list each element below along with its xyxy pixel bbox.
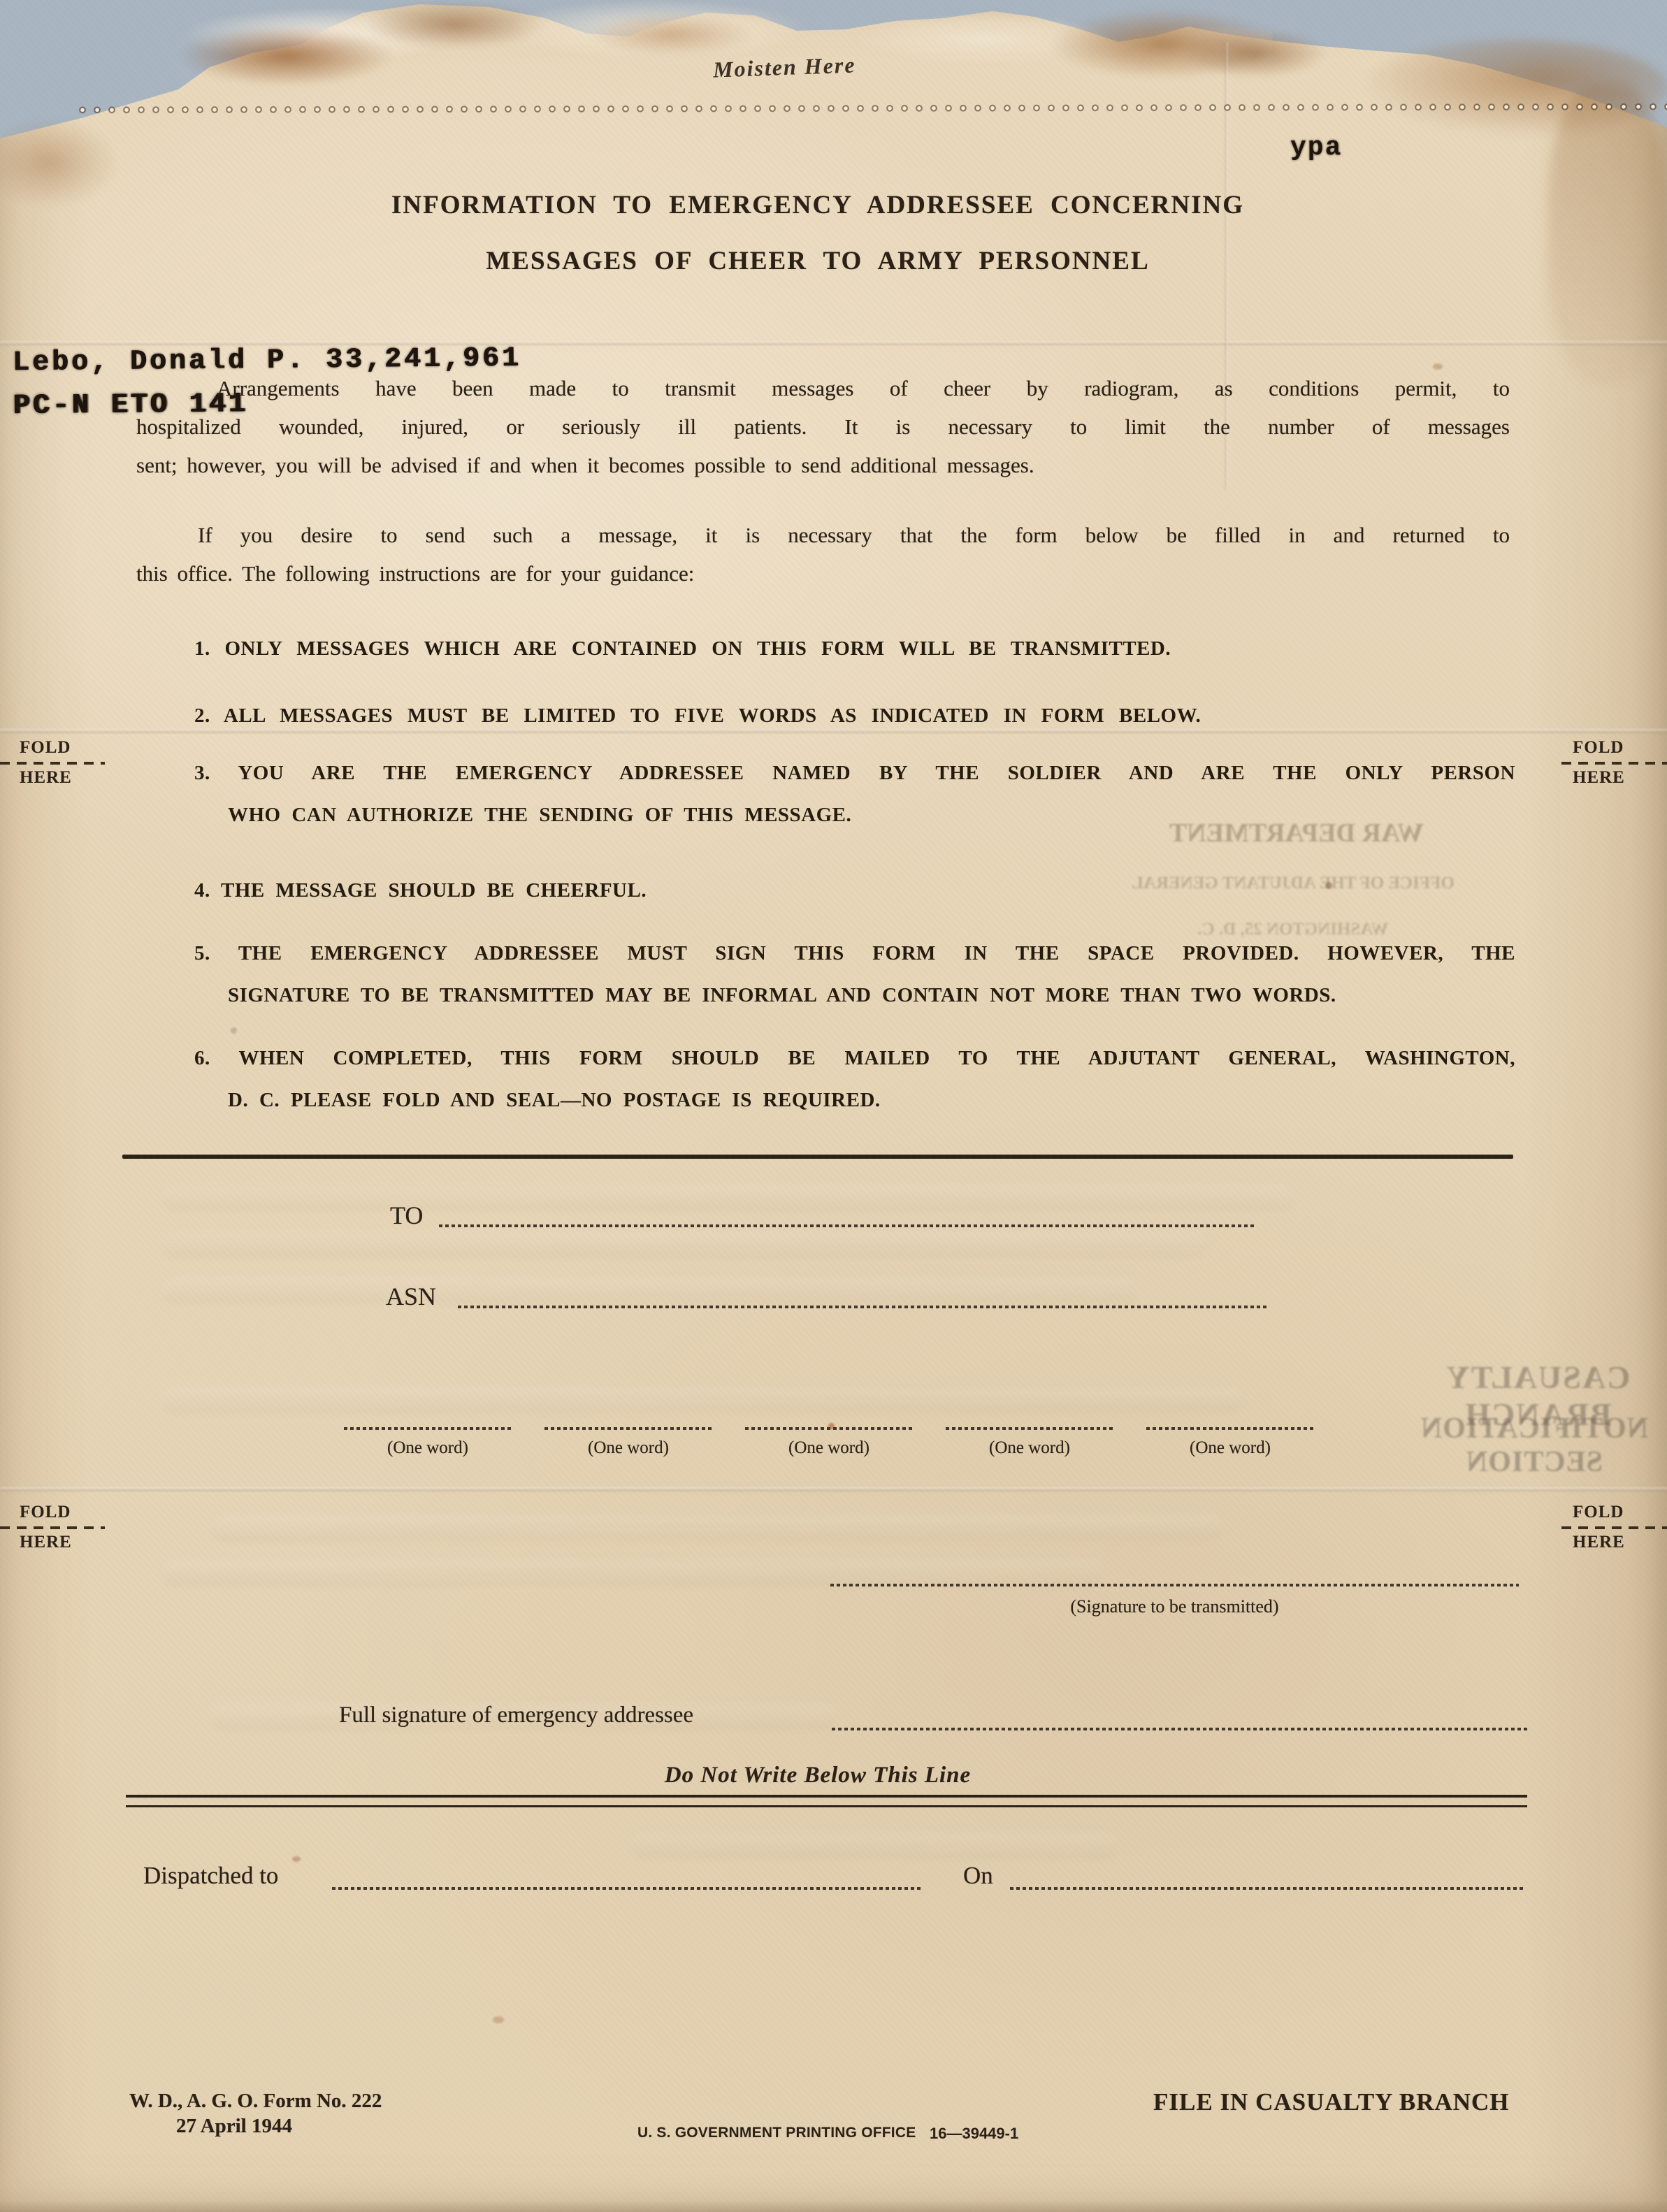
printing-office-imprint: U. S. GOVERNMENT PRINTING OFFICE	[637, 2125, 916, 2141]
bleed-streak	[161, 1231, 1209, 1258]
fold-dash-line	[0, 1526, 105, 1529]
one-word-label: (One word)	[544, 1438, 712, 1458]
asn-label: ASN	[386, 1282, 436, 1311]
full-signature-fill-line	[832, 1728, 1527, 1730]
stain	[587, 13, 755, 56]
intro-paragraph-1-line-1: Arrangements have been made to transmit …	[136, 374, 1510, 403]
stain	[1181, 28, 1328, 78]
instruction-6-line-2: D. C. PLEASE FOLD AND SEAL—NO POSTAGE IS…	[228, 1089, 1514, 1112]
fold-label: FOLD	[1566, 1503, 1667, 1522]
bleed-streak	[161, 1185, 1293, 1211]
fold-dash-line	[0, 762, 105, 765]
to-fill-line	[439, 1224, 1257, 1227]
print-code: 16—39449-1	[930, 2125, 1018, 2143]
fold-dash-line	[1561, 762, 1667, 765]
fold-crease	[0, 341, 1667, 345]
fold-here-mark-right-upper: FOLD HERE	[1566, 738, 1667, 788]
instruction-3-line-2: WHO CAN AUTHORIZE THE SENDING OF THIS ME…	[228, 804, 1514, 827]
here-label: HERE	[1, 1533, 113, 1552]
signature-fill-line	[830, 1584, 1519, 1586]
fold-label: FOLD	[1566, 738, 1667, 758]
bleed-streak	[161, 1560, 1104, 1586]
form-title-line-1: INFORMATION TO EMERGENCY ADDRESSEE CONCE…	[122, 190, 1513, 220]
fold-here-mark-left-lower: FOLD HERE	[1, 1503, 113, 1552]
instruction-6-line-1: 6. WHEN COMPLETED, THIS FORM SHOULD BE M…	[194, 1047, 1515, 1070]
speck	[292, 1856, 301, 1862]
instruction-5-line-1: 5. THE EMERGENCY ADDRESSEE MUST SIGN THI…	[194, 942, 1515, 965]
intro-paragraph-2-line-2: this office. The following instructions …	[136, 559, 1510, 588]
form-number: W. D., A. G. O. Form No. 222	[129, 2090, 382, 2113]
word-fill-line	[946, 1427, 1113, 1430]
stain	[1548, 84, 1667, 384]
form-date: 27 April 1944	[176, 2115, 292, 2138]
one-word-label: (One word)	[344, 1438, 512, 1458]
to-label: TO	[390, 1201, 423, 1230]
speck	[493, 2016, 504, 2023]
fold-here-mark-left-upper: FOLD HERE	[1, 738, 113, 788]
file-in-casualty-branch-note: FILE IN CASUALTY BRANCH	[1153, 2088, 1510, 2116]
message-word-slot: (One word)	[946, 1427, 1113, 1458]
bottom-edge-shadow	[0, 2201, 1667, 2212]
bleed-streak	[161, 1387, 1244, 1414]
full-signature-label: Full signature of emergency addressee	[339, 1703, 693, 1728]
scanned-form-page: WAR DEPARTMENT OFFICE OF THE ADJUTANT GE…	[0, 0, 1667, 2212]
message-word-slot: (One word)	[544, 1427, 712, 1458]
speck	[1433, 363, 1443, 370]
here-label: HERE	[1566, 1533, 1667, 1552]
fold-crease	[0, 1487, 1667, 1491]
form-title-line-2: MESSAGES OF CHEER TO ARMY PERSONNEL	[122, 246, 1513, 276]
one-word-label: (One word)	[1146, 1438, 1314, 1458]
here-label: HERE	[1566, 768, 1667, 788]
do-not-write-notice: Do Not Write Below This Line	[122, 1763, 1513, 1788]
fold-crease	[0, 729, 1667, 733]
message-word-slot: (One word)	[344, 1427, 512, 1458]
signature-caption: (Signature to be transmitted)	[830, 1596, 1519, 1617]
section-divider-rule	[122, 1155, 1513, 1159]
typed-stamp-code: ypa	[1290, 133, 1342, 163]
word-fill-line	[344, 1427, 512, 1430]
fold-here-mark-right-lower: FOLD HERE	[1566, 1503, 1667, 1552]
instruction-5-line-2: SIGNATURE TO BE TRANSMITTED MAY BE INFOR…	[228, 984, 1514, 1007]
here-label: HERE	[1, 768, 113, 788]
intro-paragraph-2-line-1: If you desire to send such a message, it…	[136, 521, 1510, 550]
on-label: On	[963, 1862, 993, 1890]
bleed-streak	[629, 1833, 1118, 1859]
word-fill-line	[745, 1427, 913, 1430]
instruction-1: 1. ONLY MESSAGES WHICH ARE CONTAINED ON …	[194, 637, 1515, 660]
message-word-slot: (One word)	[745, 1427, 913, 1458]
stain	[178, 25, 395, 87]
one-word-label: (One word)	[745, 1438, 913, 1458]
do-not-write-rule	[126, 1795, 1527, 1807]
word-fill-line	[1146, 1427, 1314, 1430]
speck	[231, 1027, 237, 1034]
dispatched-to-label: Dispatched to	[143, 1862, 278, 1890]
on-fill-line	[1010, 1887, 1524, 1890]
one-word-label: (One word)	[946, 1438, 1113, 1458]
asn-fill-line	[458, 1306, 1269, 1308]
instruction-4: 4. THE MESSAGE SHOULD BE CHEERFUL.	[194, 879, 1515, 902]
instruction-3-line-1: 3. YOU ARE THE EMERGENCY ADDRESSEE NAMED…	[194, 762, 1515, 785]
fold-label: FOLD	[1, 738, 113, 758]
bleed-streak	[210, 1515, 1223, 1542]
instruction-2: 2. ALL MESSAGES MUST BE LIMITED TO FIVE …	[194, 704, 1515, 728]
message-word-slot: (One word)	[1146, 1427, 1314, 1458]
fold-dash-line	[1561, 1526, 1667, 1529]
dispatched-to-fill-line	[332, 1887, 923, 1890]
intro-paragraph-1-line-3: sent; however, you will be advised if an…	[136, 451, 1510, 480]
intro-paragraph-1-line-2: hospitalized wounded, injured, or seriou…	[136, 412, 1510, 442]
message-word-slots: (One word) (One word) (One word) (One wo…	[344, 1427, 1315, 1458]
fold-label: FOLD	[1, 1503, 113, 1522]
stain	[363, 0, 545, 49]
word-fill-line	[544, 1427, 712, 1430]
bleed-streak	[161, 1278, 1139, 1304]
